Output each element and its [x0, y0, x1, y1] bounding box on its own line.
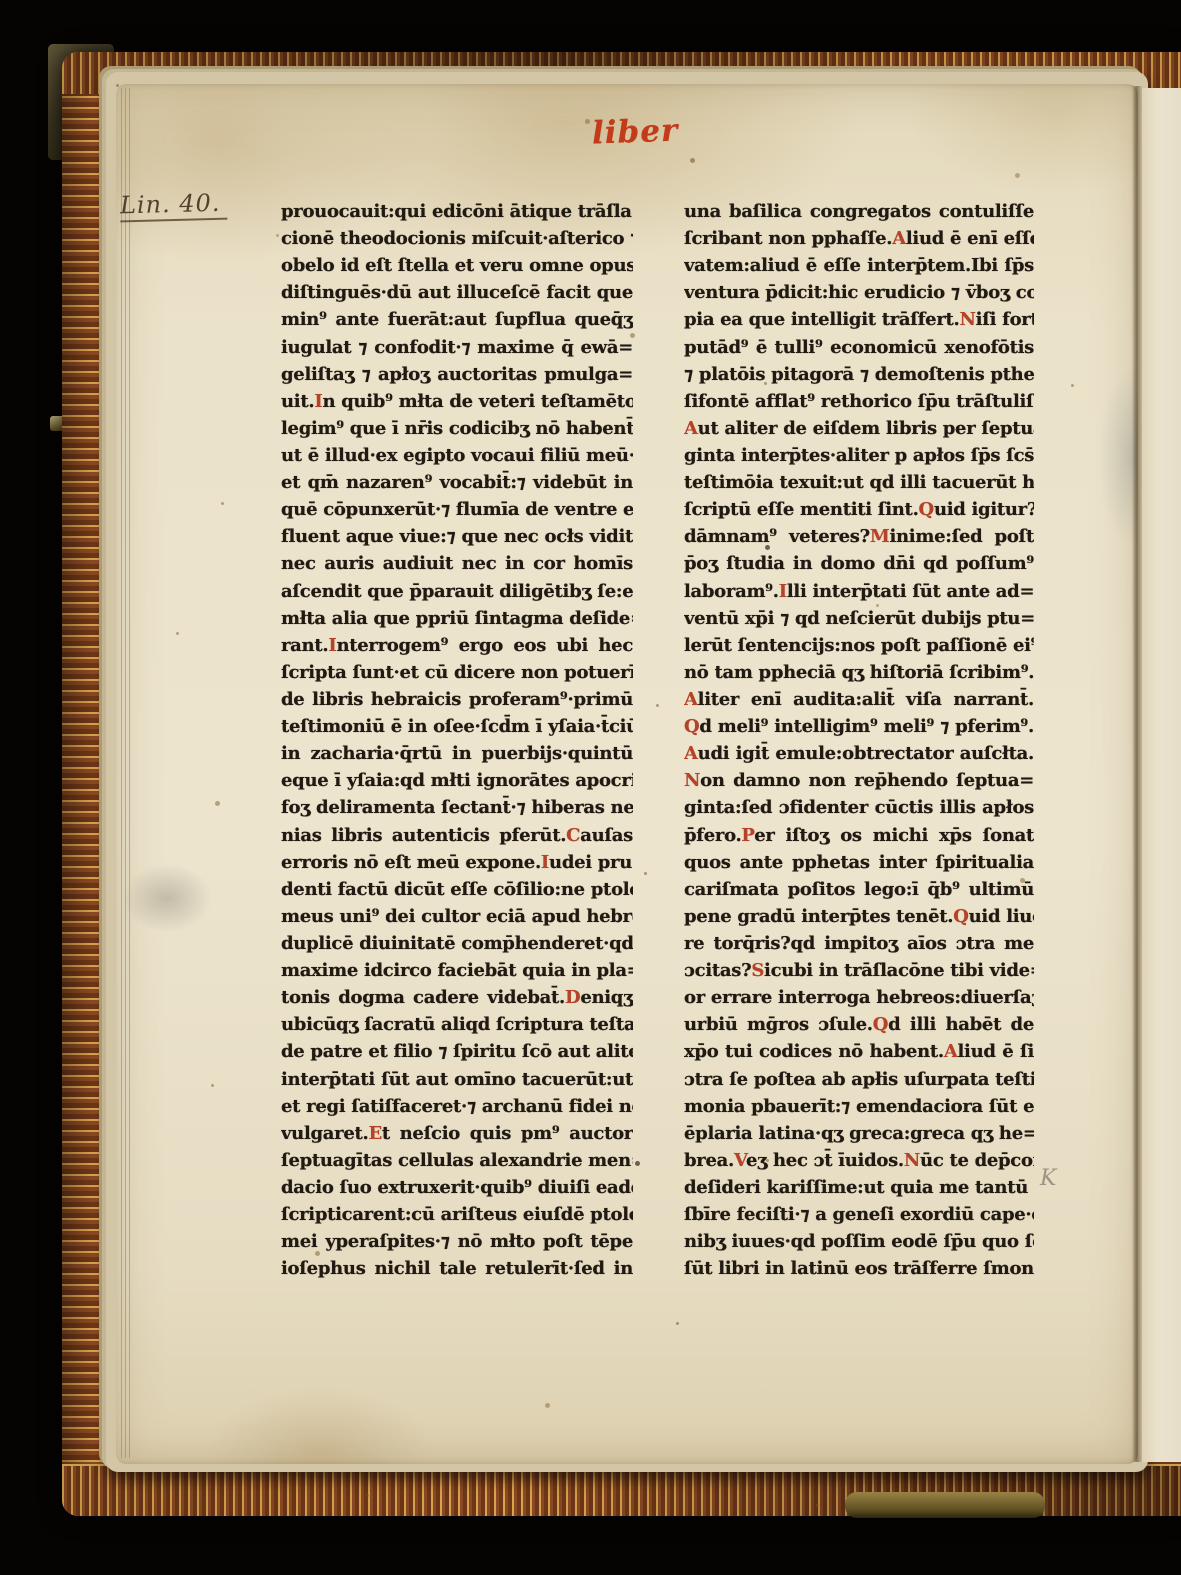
text-line: de libris hebraicis proferam⁹·primū [281, 686, 633, 713]
rubricated-initial: I [328, 635, 336, 656]
text-line: interp̄tati ſūt aut omīno tacuerūt:ut [281, 1066, 633, 1093]
text-line: Qd meli⁹ intelligim⁹ meli⁹ ⁊ pferim⁹. [684, 713, 1034, 740]
text-line: ēplaria latina·qʒ greca:greca qʒ he= [684, 1120, 1034, 1147]
text-line: tonis dogma cadere videbat̄.Deniqʒ [281, 984, 633, 1011]
text-line: et regi ſatiſfaceret·⁊ archanū fidei nō [281, 1093, 633, 1120]
rubricated-initial: I [779, 581, 787, 602]
text-line: monia pbauerīt:⁊ emendaciora ſūt ex= [684, 1093, 1034, 1120]
text-line: erroris nō eſt meū expone.Iudei pru= [281, 849, 633, 876]
rubricated-initial: E [368, 1123, 381, 1144]
text-line: mei yperaſpites·⁊ nō młto poſt tēpe [281, 1228, 633, 1255]
text-line: Non damno non rep̄hendo ſeptua= [684, 767, 1034, 794]
rubricated-initial: Q [953, 906, 968, 927]
text-line: Audi igit̄ emule:obtrectator auſcłta. [684, 740, 1034, 767]
text-line: vulgaret.Et neſcio quis pm⁹ auctor [281, 1120, 633, 1147]
text-line: p̄oʒ ſtudia in domo dn̄i qd poſſum⁹ [684, 550, 1034, 577]
rubricated-initial: I [314, 391, 322, 412]
text-line: laboram⁹.Illi interp̄tati ſūt ante ad= [684, 578, 1034, 605]
text-line: xp̄o tui codices nō habent.Aliud ē ſi [684, 1038, 1034, 1065]
running-title: liber [591, 113, 679, 152]
rubricated-initial: C [566, 825, 580, 846]
text-line: pia ea que intelligit trāſfert.Niſi fort… [684, 306, 1034, 333]
text-line: pene gradū interp̄tes tenēt.Quid liuo= [684, 903, 1034, 930]
text-line: ſūt libri in latinū eos trāſferre ſmonē. [684, 1255, 1034, 1282]
text-line: uit.In quib⁹ młta de veteri teſtamēto [281, 388, 633, 415]
rubricated-initial: N [904, 1150, 920, 1171]
text-line: Aut aliter de eiſdem libris per ſeptua= [684, 415, 1034, 442]
pencil-margin-mark: K [1040, 1166, 1056, 1191]
rubricated-initial: Q [873, 1014, 888, 1035]
text-line: ubicūqʒ ſacratū aliqd ſcriptura teſtat̄ [281, 1011, 633, 1038]
text-line: ſeptuagītas cellulas alexandrie men= [281, 1147, 633, 1174]
margin-annotation-line-count: Lin. 40. [120, 189, 227, 223]
text-line: legim⁹ que ī nr̄is codicibʒ nō habent̄: [281, 415, 633, 442]
rubricated-initial: A [892, 228, 906, 249]
text-line: denti factū dicūt eſſe cōſilio:ne ptolo= [281, 876, 633, 903]
text-line: una baſilica congregatos contuliſſe [684, 198, 1034, 225]
next-page-sliver [1142, 88, 1181, 1462]
text-line: urbiū mḡros ɔſule.Qd illi habēt de [684, 1011, 1034, 1038]
rubricated-initial: I [541, 852, 549, 873]
text-line: nō tam ppheciā qʒ hiſtoriā ſcribim⁹. [684, 659, 1034, 686]
foxing-spots [116, 84, 119, 87]
rubricated-initial: S [751, 960, 764, 981]
leaf-edge-lines [121, 88, 131, 1458]
text-line: quos ante pphetas inter ſpiritualia [684, 849, 1034, 876]
text-line: deſideri kariſſime:ut quia me tantū op⁹ [684, 1174, 1034, 1201]
text-line: teſtimōia texuit:ut qd illi tacuerūt hij [684, 469, 1034, 496]
rubricated-initial: N [684, 770, 700, 791]
text-line: ſcripta ſunt·et cū dicere non potuerīt· [281, 659, 633, 686]
text-line: ut ē illud·ex egipto vocaui filiū meū· [281, 442, 633, 469]
text-line: ventū xp̄i ⁊ qd neſcierūt dubijs ptu= [684, 605, 1034, 632]
text-line: et qm̄ nazaren⁹ vocabit̄:⁊ videbūt in [281, 469, 633, 496]
text-line: ſcripticarent:cū ariſteus eiuſdē ptolo= [281, 1201, 633, 1228]
text-line: ɔtra ſe poſtea ab apłis uſurpata teſti= [684, 1066, 1034, 1093]
text-line: ſbīre feciſti·⁊ a geneſi exordiū cape·or… [684, 1201, 1034, 1228]
text-line: nias libris autenticis pferūt.Cauſas [281, 822, 633, 849]
text-line: ioſephus nichil tale retulerīt·ſed in [281, 1255, 633, 1282]
manuscript-photo: liber Lin. 40. K prouocauit:qui edicōni … [0, 0, 1181, 1575]
text-line: ginta interp̄tes·aliter p apłos ſp̄s ſcs… [684, 442, 1034, 469]
gutter-fold [1132, 86, 1142, 1462]
rubricated-initial: N [960, 309, 976, 330]
text-line: dāmnam⁹ veteres?Minime:ſed poſt [684, 523, 1034, 550]
text-line: de patre et filio ⁊ ſpiritu ſcō aut alit… [281, 1038, 633, 1065]
text-line: obelo id eſt ſtella et veru omne opus [281, 252, 633, 279]
text-line: cionē theodocionis miſcuit·aſterico ⁊ [281, 225, 633, 252]
text-line: młta alia que ppriū ſintagma deſide= [281, 605, 633, 632]
text-line: aſcendit que p̄parauit diligētibʒ ſe:et [281, 578, 633, 605]
text-line: ɔcitas?Sicubi in trāſlacōne tibi vide= [684, 957, 1034, 984]
text-line: fluent aque viue:⁊ que nec ocłs vidit [281, 523, 633, 550]
text-line: lerūt ſentencijs:nos poſt paſſionē ei⁹ [684, 632, 1034, 659]
text-line: quē cōpunxerūt·⁊ flumīa de ventre ei⁹ [281, 496, 633, 523]
text-line: re torq̄ris?qd impitoʒ aīos ɔtra me [684, 930, 1034, 957]
text-line: ſcriptū eſſe mentiti ſint.Quid igitur? [684, 496, 1034, 523]
rubricated-initial: P [741, 825, 754, 846]
text-line: ventura p̄dicit:hic erudicio ⁊ v̄boʒ co= [684, 279, 1034, 306]
clasp-fitting-bottom [845, 1492, 1045, 1518]
text-line: eque ī yſaia:qd młti ignorātes apocri= [281, 767, 633, 794]
text-line: min⁹ ante fuerāt:aut ſupflua queq̄ʒ [281, 306, 633, 333]
text-line: rant.Interrogem⁹ ergo eos ubi hec [281, 632, 633, 659]
rubricated-initial: A [684, 418, 698, 439]
rubricated-initial: V [734, 1150, 746, 1171]
text-line: foʒ deliramenta ſectant̄·⁊ hiberas ne= [281, 794, 633, 821]
text-line: vatem:aliud ē eſſe interp̄tem.Ibi ſp̄s [684, 252, 1034, 279]
text-line: ſcribant non pphaſſe.Aliud ē enī eſſe [684, 225, 1034, 252]
text-line: cariſmata poſitos lego:ī q̄b⁹ ultimū [684, 876, 1034, 903]
text-line: duplicē diuinitatē comp̄henderet·qd [281, 930, 633, 957]
text-line: putād⁹ ē tulli⁹ economicū xenofōtis [684, 334, 1034, 361]
text-line: maxime idcirco faciebāt quia in pla= [281, 957, 633, 984]
rubricated-initial: M [870, 526, 890, 547]
text-line: teſtimoniū ē in oſee·ſcd̄m ī yſaia·t̄ciū [281, 713, 633, 740]
text-line: nec auris audiuit nec in cor homīs [281, 550, 633, 577]
text-line: geliſtaʒ ⁊ apłoʒ auctoritas pmulga= [281, 361, 633, 388]
rubricated-initial: A [684, 689, 698, 710]
text-line: nibʒ iuues·qd poſſim eodē ſp̄u quo ſcīpt… [684, 1228, 1034, 1255]
text-column-right: una baſilica congregatos contuliſſeſcrib… [684, 198, 1034, 1282]
text-line: dacio ſuo extruxerit·quib⁹ diuiſi eadē [281, 1174, 633, 1201]
text-line: iugulat ⁊ confodit·⁊ maxime q̄ ewā= [281, 334, 633, 361]
text-line: or errare interroga hebreos:diuerſaʒ [684, 984, 1034, 1011]
text-line: prouocauit:qui edicōni ātique trāſla= [281, 198, 633, 225]
rubricated-initial: Q [919, 499, 934, 520]
text-line: meus uni⁹ dei cultor eciā apud hebreos [281, 903, 633, 930]
text-line: brea.Veʒ hec ɔt̄ īuidos.Nūc te dep̄cor [684, 1147, 1034, 1174]
text-line: ⁊ platōis pitagorā ⁊ demoſtenis pthe= [684, 361, 1034, 388]
text-line: p̄fero.Per iſtoʒ os michi xp̄s ſonat [684, 822, 1034, 849]
text-line: diſtinguēs·dū aut illuceſcē facit que [281, 279, 633, 306]
text-line: Aliter enī audita:alit̄ viſa narrant̄. [684, 686, 1034, 713]
text-column-left: prouocauit:qui edicōni ātique trāſla=cio… [281, 198, 633, 1282]
text-line: in zacharia·q̄rtū in puerbijs·quintū [281, 740, 633, 767]
text-line: ginta:ſed ɔfidenter cūctis illis apłos [684, 794, 1034, 821]
text-line: ſifontē afflat⁹ rethorico ſp̄u trāſtuliſ… [684, 388, 1034, 415]
rubricated-initial: A [684, 743, 698, 764]
rubricated-initial: Q [684, 716, 699, 737]
rubricated-initial: A [944, 1041, 958, 1062]
rubricated-initial: D [565, 987, 580, 1008]
